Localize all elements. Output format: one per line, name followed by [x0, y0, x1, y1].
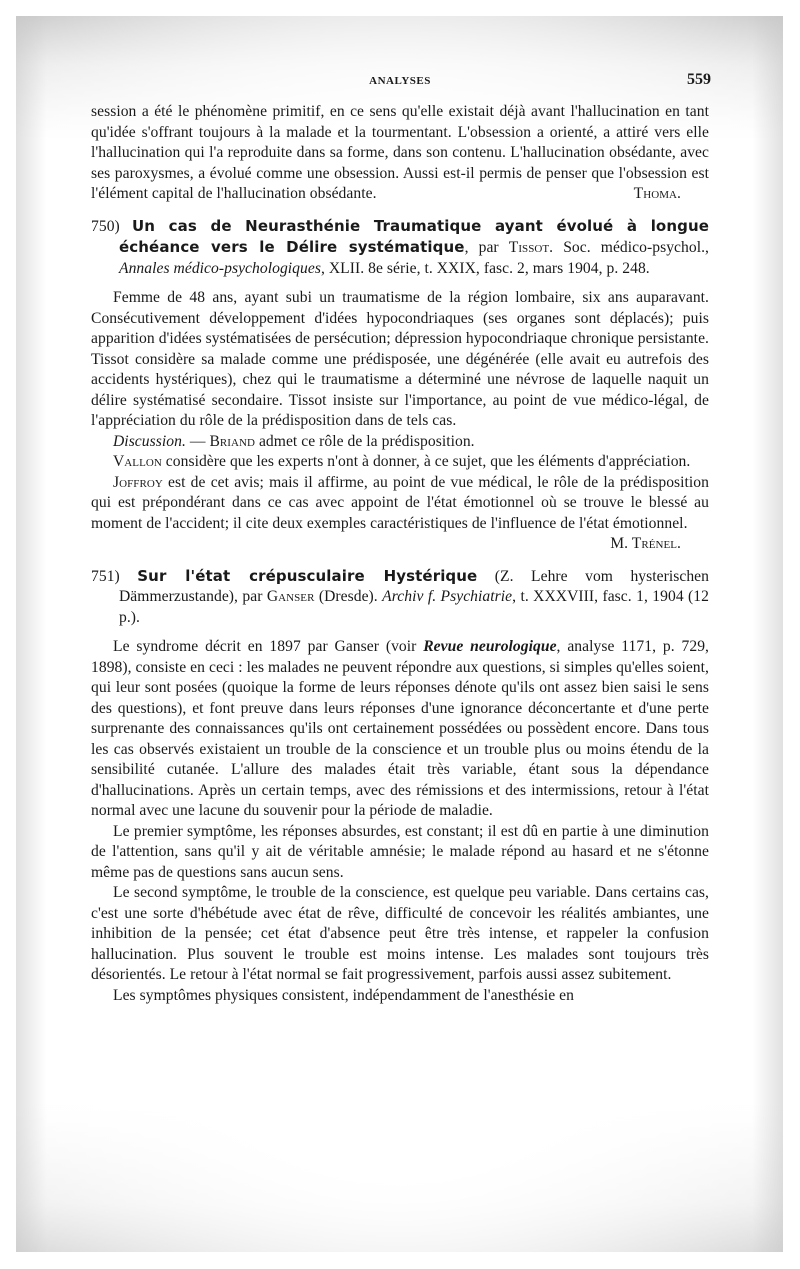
- discussant-name: Joffroy: [113, 474, 163, 491]
- entry-number: 751): [91, 568, 120, 585]
- entry-by: , par: [465, 239, 509, 256]
- signature-trenel: M. Trénel.: [588, 534, 681, 555]
- page-number: 559: [687, 71, 711, 89]
- entry-751-paragraph-1: Le syndrome décrit en 1897 par Ganser (v…: [91, 637, 709, 822]
- entry-750-discussion: Discussion. — Briand admet ce rôle de la…: [91, 432, 709, 453]
- continuation-paragraph: session a été le phénomène primitif, en …: [91, 102, 709, 205]
- discussion-dash: —: [186, 433, 210, 450]
- running-head: ANALYSES 559: [91, 71, 709, 91]
- entry-750-vallon: Vallon considère que les experts n'ont à…: [91, 452, 709, 473]
- entry-journal: Archiv f. Psychiatrie: [382, 588, 512, 605]
- entry-750-paragraph-1: Femme de 48 ans, ayant subi un traumatis…: [91, 288, 709, 432]
- discussion-label: Discussion.: [113, 433, 186, 450]
- discussion-text: est de cet avis; mais il affirme, au poi…: [91, 474, 709, 532]
- text-column: session a été le phénomène primitif, en …: [91, 102, 709, 1006]
- discussant-name: Briand: [209, 433, 255, 450]
- entry-source-detail: , XLII. 8e série, t. XXIX, fasc. 2, mars…: [321, 260, 650, 277]
- paragraph-text: Le syndrome décrit en 1897 par Ganser (v…: [113, 638, 423, 655]
- discussant-name: Vallon: [113, 453, 162, 470]
- entry-751-paragraph-2: Le premier symptôme, les réponses absurd…: [91, 822, 709, 884]
- entry-751-paragraph-3: Le second symptôme, le trouble de la con…: [91, 883, 709, 986]
- entry-source: . Soc. médico-psychol.,: [549, 239, 709, 256]
- entry-source-place: (Dresde).: [314, 588, 382, 605]
- entry-number: 750): [91, 218, 120, 235]
- entry-author: Ganser: [267, 588, 315, 605]
- entry-journal: Annales médico-psychologiques: [119, 260, 321, 277]
- cited-journal: Revue neurologique: [423, 638, 556, 655]
- continuation-text: session a été le phénomène primitif, en …: [91, 103, 709, 202]
- entry-title: Sur l'état crépusculaire Hystérique: [137, 567, 477, 585]
- signature-thoma: Thoma.: [634, 184, 681, 205]
- entry-author: Tissot: [509, 239, 549, 256]
- discussion-text: admet ce rôle de la prédisposition.: [255, 433, 475, 450]
- entry-751-heading: 751) Sur l'état crépusculaire Hystérique…: [91, 566, 709, 629]
- entry-750-heading: 750) Un cas de Neurasthénie Traumatique …: [91, 216, 709, 280]
- discussion-text: considère que les experts n'ont à donner…: [162, 453, 691, 470]
- running-title: ANALYSES: [91, 75, 709, 87]
- paragraph-text: , analyse 1171, p. 729, 1898), consiste …: [91, 638, 709, 819]
- entry-751-paragraph-4: Les symptômes physiques consistent, indé…: [91, 986, 709, 1007]
- entry-750-joffroy: Joffroy est de cet avis; mais il affirme…: [91, 473, 709, 555]
